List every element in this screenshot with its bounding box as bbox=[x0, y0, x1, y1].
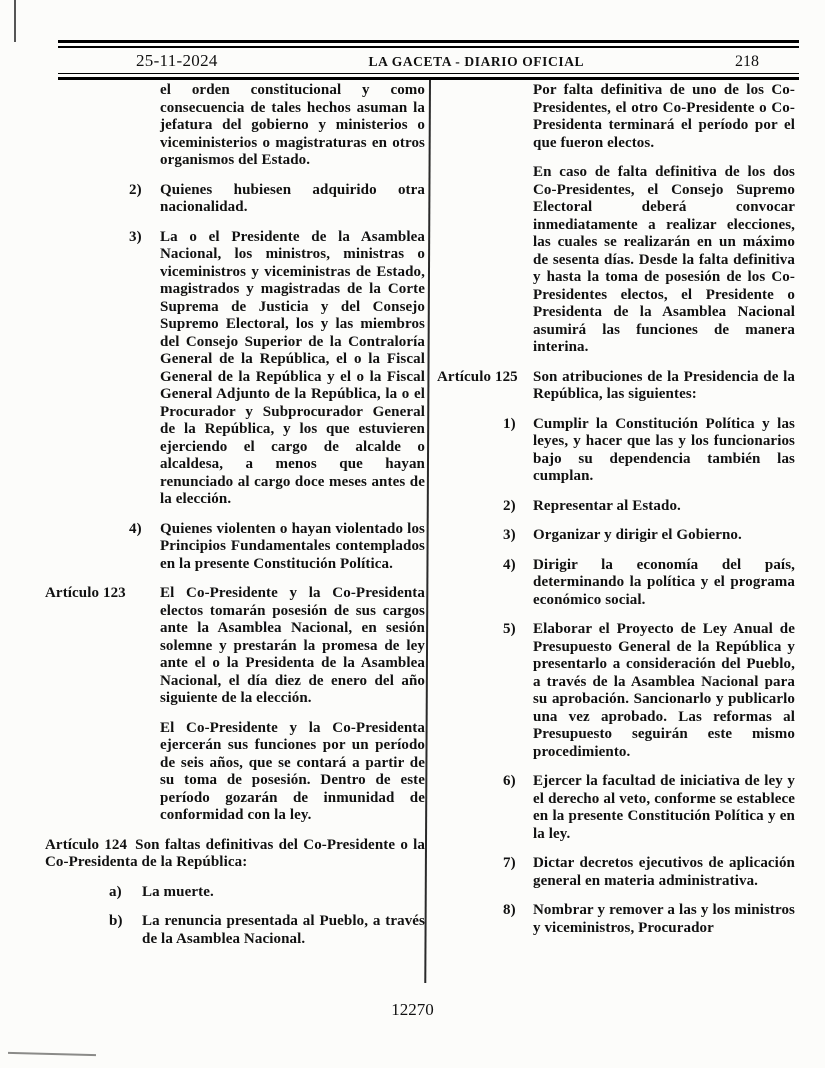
list-marker: 6) bbox=[503, 773, 516, 791]
list-marker: a) bbox=[109, 884, 122, 902]
column-divider bbox=[424, 80, 430, 983]
list-item: b)La renuncia presentada al Pueblo, a tr… bbox=[45, 913, 425, 948]
article-text: Son atribuciones de la Presidencia de la… bbox=[533, 369, 795, 403]
list-item: 8)Nombrar y remover a las y los ministro… bbox=[437, 902, 795, 937]
scan-artifact bbox=[14, 0, 16, 42]
article-label: Artículo 123 bbox=[45, 585, 126, 603]
list-marker: 4) bbox=[129, 521, 142, 539]
list-marker: b) bbox=[109, 913, 123, 931]
right-column: Por falta definitiva de uno de los Co-Pr… bbox=[437, 82, 795, 949]
article-label: Artículo 124 bbox=[45, 837, 135, 853]
list-marker: 8) bbox=[503, 902, 516, 920]
list-item-text: Elaborar el Proyecto de Ley Anual de Pre… bbox=[533, 621, 795, 760]
list-marker: 1) bbox=[503, 416, 516, 434]
list-marker: 3) bbox=[503, 527, 516, 545]
masthead-rule bbox=[58, 73, 799, 75]
list-item-text: Quienes violenten o hayan violentado los… bbox=[160, 521, 425, 572]
list-marker: 4) bbox=[503, 557, 516, 575]
gazette-title: LA GACETA - DIARIO OFICIAL bbox=[369, 54, 585, 70]
list-item-text: La renuncia presentada al Pueblo, a trav… bbox=[142, 913, 425, 947]
list-marker: 3) bbox=[129, 229, 142, 247]
list-marker: 2) bbox=[503, 498, 516, 516]
article-label: Artículo 125 bbox=[437, 369, 518, 387]
list-marker: 2) bbox=[129, 182, 142, 200]
article-block: Artículo 124Son faltas definitivas del C… bbox=[45, 837, 425, 872]
gazette-page: 25-11-2024 LA GACETA - DIARIO OFICIAL 21… bbox=[0, 0, 825, 1068]
paragraph: El Co-Presidente y la Co-Presidenta ejer… bbox=[45, 720, 425, 825]
paragraph: En caso de falta definitiva de los dos C… bbox=[437, 164, 795, 357]
folio-number: 12270 bbox=[0, 1000, 825, 1020]
list-item: 6)Ejercer la facultad de iniciativa de l… bbox=[437, 773, 795, 843]
article-block: Artículo 123El Co-Presidente y la Co-Pre… bbox=[45, 585, 425, 708]
list-item-text: Quienes hubiesen adquirido otra nacional… bbox=[160, 182, 425, 216]
list-item-text: La o el Presidente de la Asamblea Nacion… bbox=[160, 229, 425, 508]
list-item: 1)Cumplir la Constitución Política y las… bbox=[437, 416, 795, 486]
list-item-text: Dirigir la economía del país, determinan… bbox=[533, 557, 795, 608]
list-marker: 5) bbox=[503, 621, 516, 639]
article-text: El Co-Presidente y la Co-Presidenta elec… bbox=[160, 585, 425, 706]
article-block: Artículo 125Son atribuciones de la Presi… bbox=[437, 369, 795, 404]
list-item: 3)Organizar y dirigir el Gobierno. bbox=[437, 527, 795, 545]
list-item: 7)Dictar decretos ejecutivos de aplicaci… bbox=[437, 855, 795, 890]
masthead-rule bbox=[58, 40, 799, 43]
issue-date: 25-11-2024 bbox=[136, 51, 218, 71]
list-item-text: Nombrar y remover a las y los ministros … bbox=[533, 902, 795, 936]
left-column: el orden constitucional y como consecuen… bbox=[45, 82, 425, 960]
page-number: 218 bbox=[735, 53, 759, 71]
list-item-text: Ejercer la facultad de iniciativa de ley… bbox=[533, 773, 795, 842]
scan-artifact bbox=[8, 1052, 96, 1056]
list-item: 2)Representar al Estado. bbox=[437, 498, 795, 516]
list-item-text: Organizar y dirigir el Gobierno. bbox=[533, 527, 742, 543]
list-item-text: Dictar decretos ejecutivos de aplicación… bbox=[533, 855, 795, 889]
list-marker: 7) bbox=[503, 855, 516, 873]
list-item: 4)Quienes violenten o hayan violentado l… bbox=[45, 521, 425, 574]
list-item-text: Representar al Estado. bbox=[533, 498, 681, 514]
list-item: a)La muerte. bbox=[45, 884, 425, 902]
masthead-row: 25-11-2024 LA GACETA - DIARIO OFICIAL 21… bbox=[58, 48, 799, 73]
list-item-text: La muerte. bbox=[142, 884, 214, 900]
paragraph: Por falta definitiva de uno de los Co-Pr… bbox=[437, 82, 795, 152]
paragraph: el orden constitucional y como consecuen… bbox=[45, 82, 425, 170]
list-item: 2)Quienes hubiesen adquirido otra nacion… bbox=[45, 182, 425, 217]
list-item-text: Cumplir la Constitución Política y las l… bbox=[533, 416, 795, 485]
list-item: 4)Dirigir la economía del país, determin… bbox=[437, 557, 795, 610]
list-item: 3)La o el Presidente de la Asamblea Naci… bbox=[45, 229, 425, 509]
list-item: 5)Elaborar el Proyecto de Ley Anual de P… bbox=[437, 621, 795, 761]
masthead: 25-11-2024 LA GACETA - DIARIO OFICIAL 21… bbox=[58, 40, 799, 80]
